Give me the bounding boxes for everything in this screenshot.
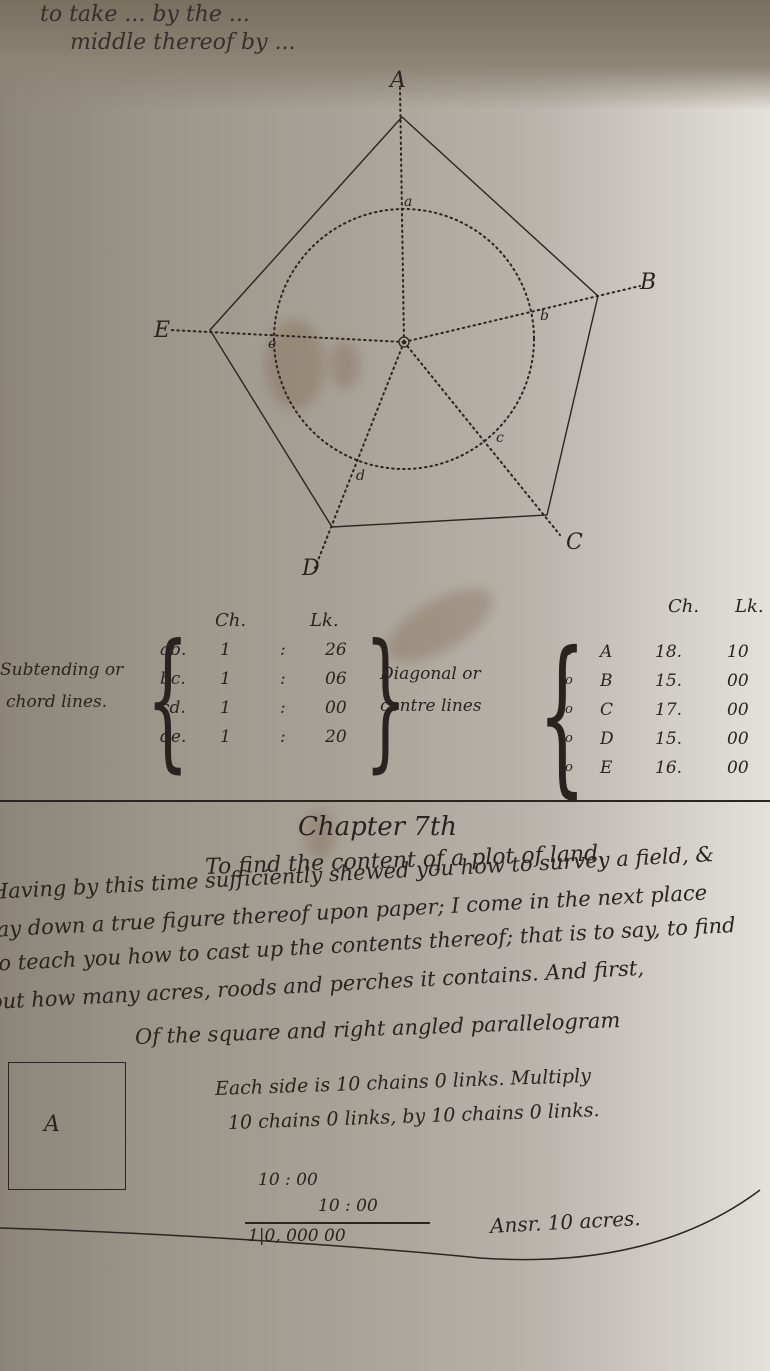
section-heading: Of the square and right angled parallelo… xyxy=(135,1008,621,1049)
page-edge-curve xyxy=(0,1150,770,1280)
pentagon-diagram xyxy=(0,0,770,620)
diagonal-table: o A 18. 10 o B 15. 00 o C 17. 00 o D 15.… xyxy=(565,637,767,782)
diagonal-header-lk: Lk. xyxy=(735,596,764,617)
table-row: o C 17. 00 xyxy=(565,695,767,724)
example-text-1: Each side is 10 chains 0 links. Multiply xyxy=(215,1065,592,1100)
chord-caption-1: Subtending or xyxy=(0,660,123,680)
diagonal-caption-1: Diagonal or xyxy=(380,664,481,684)
diagonal-header-ch: Ch. xyxy=(668,596,699,617)
diagonal-caption-2: centre lines xyxy=(380,696,482,716)
dotted-circle xyxy=(274,209,534,469)
table-row: ab. 1 : 26 xyxy=(160,635,365,664)
chord-label-a: a xyxy=(404,194,412,210)
table-row: o D 15. 00 xyxy=(565,724,767,753)
chord-label-e: e xyxy=(268,336,276,352)
centre-lines xyxy=(170,88,640,568)
chord-header-lk: Lk. xyxy=(310,610,339,631)
chord-label-c: c xyxy=(496,430,504,446)
chord-caption-2: chord lines. xyxy=(6,692,107,712)
vertex-label-d: D xyxy=(302,556,320,581)
chord-header-ch: Ch. xyxy=(215,610,246,631)
table-row: o A 18. 10 xyxy=(565,637,767,666)
vertex-label-b: B xyxy=(640,270,656,295)
chord-table: ab. 1 : 26 bc. 1 : 06 cd. 1 : 00 de. 1 :… xyxy=(160,635,365,751)
table-row: o B 15. 00 xyxy=(565,666,767,695)
vertex-label-c: C xyxy=(566,530,583,555)
vertex-label-e: E xyxy=(154,318,170,343)
chord-label-d: d xyxy=(356,468,365,484)
table-row: bc. 1 : 06 xyxy=(160,664,365,693)
table-row: de. 1 : 20 xyxy=(160,722,365,751)
square-label: A xyxy=(44,1112,60,1137)
table-row: cd. 1 : 00 xyxy=(160,693,365,722)
section-divider xyxy=(0,800,770,802)
chapter-title: Chapter 7th xyxy=(298,812,457,842)
chord-label-b: b xyxy=(540,308,549,324)
example-text-2: 10 chains 0 links, by 10 chains 0 links. xyxy=(228,1099,600,1134)
table-row: o E 16. 00 xyxy=(565,753,767,782)
vertex-label-a: A xyxy=(390,68,406,93)
